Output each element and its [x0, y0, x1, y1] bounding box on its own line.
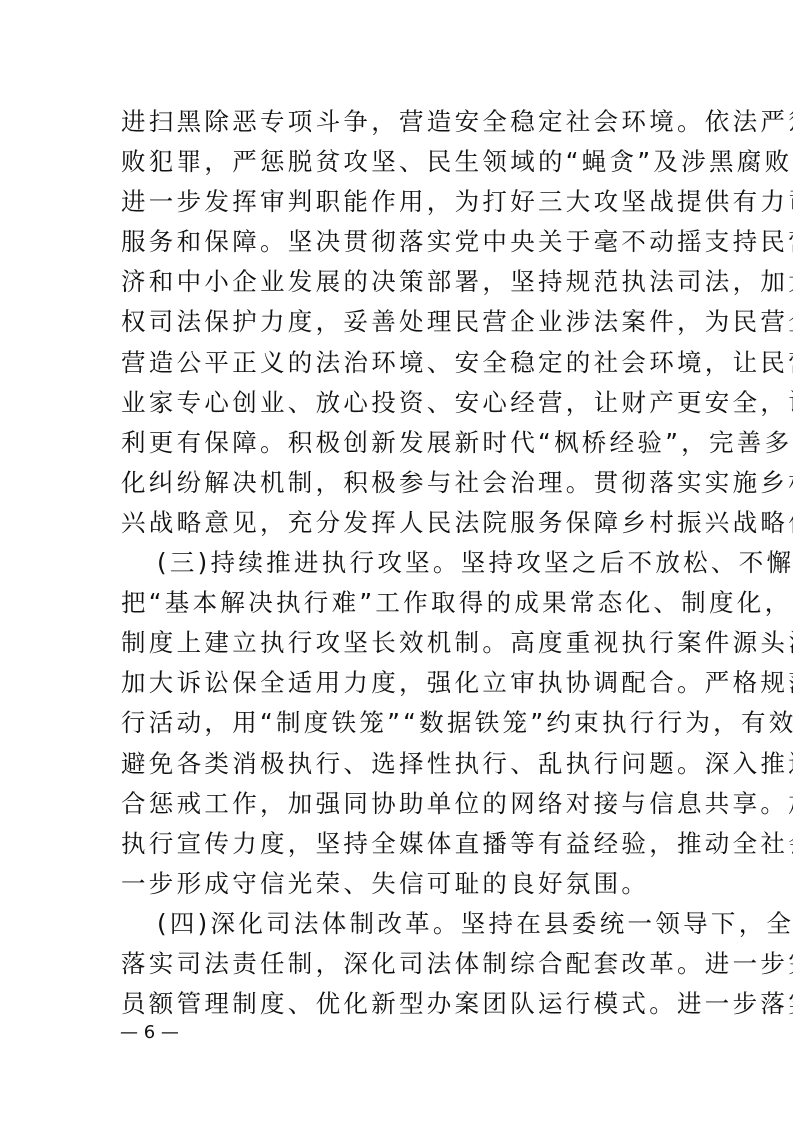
document-page: 进扫黑除恶专项斗争，营造安全稳定社会环境。依法严惩腐 败犯罪，严惩脱贫攻坚、民生… [0, 0, 793, 1122]
text-line: 行活动，用“制度铁笼”“数据铁笼”约束执行行为，有效 [121, 703, 705, 743]
text-line: 一步形成守信光荣、失信可耻的良好氛围。 [121, 864, 705, 904]
text-line: 济和中小企业发展的决策部署，坚持规范执法司法，加大产 [121, 262, 705, 302]
text-line: 制度上建立执行攻坚长效机制。高度重视执行案件源头治理， [121, 623, 705, 663]
text-line: 合惩戒工作，加强同协助单位的网络对接与信息共享。加大 [121, 784, 705, 824]
text-line: 权司法保护力度，妥善处理民营企业涉法案件，为民营企业 [121, 302, 705, 342]
text-line: 化纠纷解决机制，积极参与社会治理。贯彻落实实施乡村振 [121, 463, 705, 503]
text-line: 兴战略意见，充分发挥人民法院服务保障乡村振兴战略作用。 [121, 503, 705, 543]
text-line: 避免各类消极执行、选择性执行、乱执行问题。深入推进联 [121, 744, 705, 784]
text-line: 员额管理制度、优化新型办案团队运行模式。进一步落实院 [121, 984, 705, 1024]
text-line: 落实司法责任制，深化司法体制综合配套改革。进一步完善 [121, 944, 705, 984]
text-line: 进一步发挥审判职能作用，为打好三大攻坚战提供有力司法 [121, 182, 705, 222]
section-heading-line: (四)深化司法体制改革。坚持在县委统一领导下，全面 [121, 904, 705, 944]
text-line: 营造公平正义的法治环境、安全稳定的社会环境，让民营企 [121, 343, 705, 383]
text-line: 执行宣传力度，坚持全媒体直播等有益经验，推动全社会进 [121, 824, 705, 864]
text-line: 服务和保障。坚决贯彻落实党中央关于毫不动摇支持民营经 [121, 222, 705, 262]
section-heading-line: (三)持续推进执行攻坚。坚持攻坚之后不放松、不懈怠， [121, 543, 705, 583]
text-line: 利更有保障。积极创新发展新时代“枫桥经验”，完善多元 [121, 423, 705, 463]
page-number: — 6 — [120, 1019, 179, 1047]
body-text: 进扫黑除恶专项斗争，营造安全稳定社会环境。依法严惩腐 败犯罪，严惩脱贫攻坚、民生… [121, 102, 705, 1024]
text-line: 进扫黑除恶专项斗争，营造安全稳定社会环境。依法严惩腐 [121, 102, 705, 142]
text-line: 败犯罪，严惩脱贫攻坚、民生领域的“蝇贪”及涉黑腐败。 [121, 142, 705, 182]
text-line: 业家专心创业、放心投资、安心经营，让财产更安全，让权 [121, 383, 705, 423]
text-line: 把“基本解决执行难”工作取得的成果常态化、制度化，从 [121, 583, 705, 623]
text-line: 加大诉讼保全适用力度，强化立审执协调配合。严格规范执 [121, 663, 705, 703]
